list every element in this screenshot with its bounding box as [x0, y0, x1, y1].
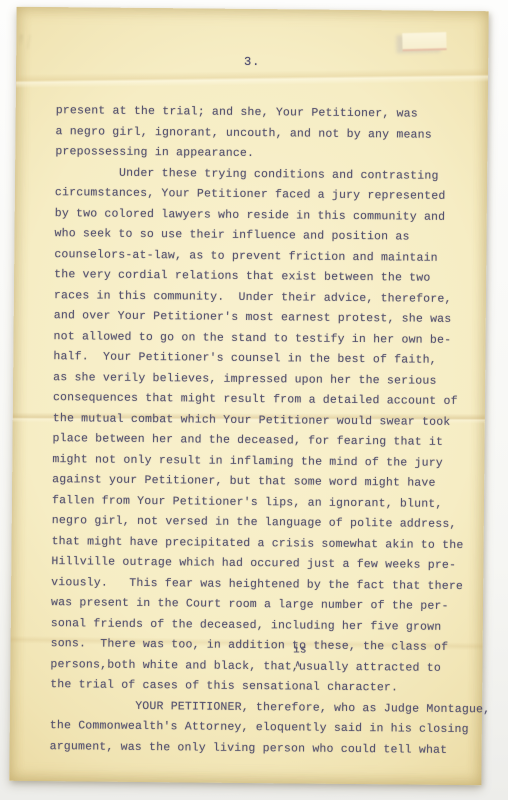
- document-page: 3. present at the trial; and she, Your P…: [9, 7, 488, 785]
- typed-line-segment: persons,both white and black, that,: [50, 658, 299, 673]
- page-number: 3.: [16, 53, 488, 72]
- paper-crease-top: [16, 68, 488, 88]
- caret-icon: ∧: [295, 654, 301, 675]
- erased-mark-right: [402, 32, 446, 51]
- pencil-smudge-left: [20, 35, 66, 49]
- document-body: present at the trial; and she, Your Peti…: [50, 101, 480, 761]
- typed-line-segment: usually attracted to: [299, 660, 441, 674]
- photo-background: 3. present at the trial; and she, Your P…: [0, 0, 508, 800]
- typed-line: argument, was the only living person who…: [50, 737, 474, 762]
